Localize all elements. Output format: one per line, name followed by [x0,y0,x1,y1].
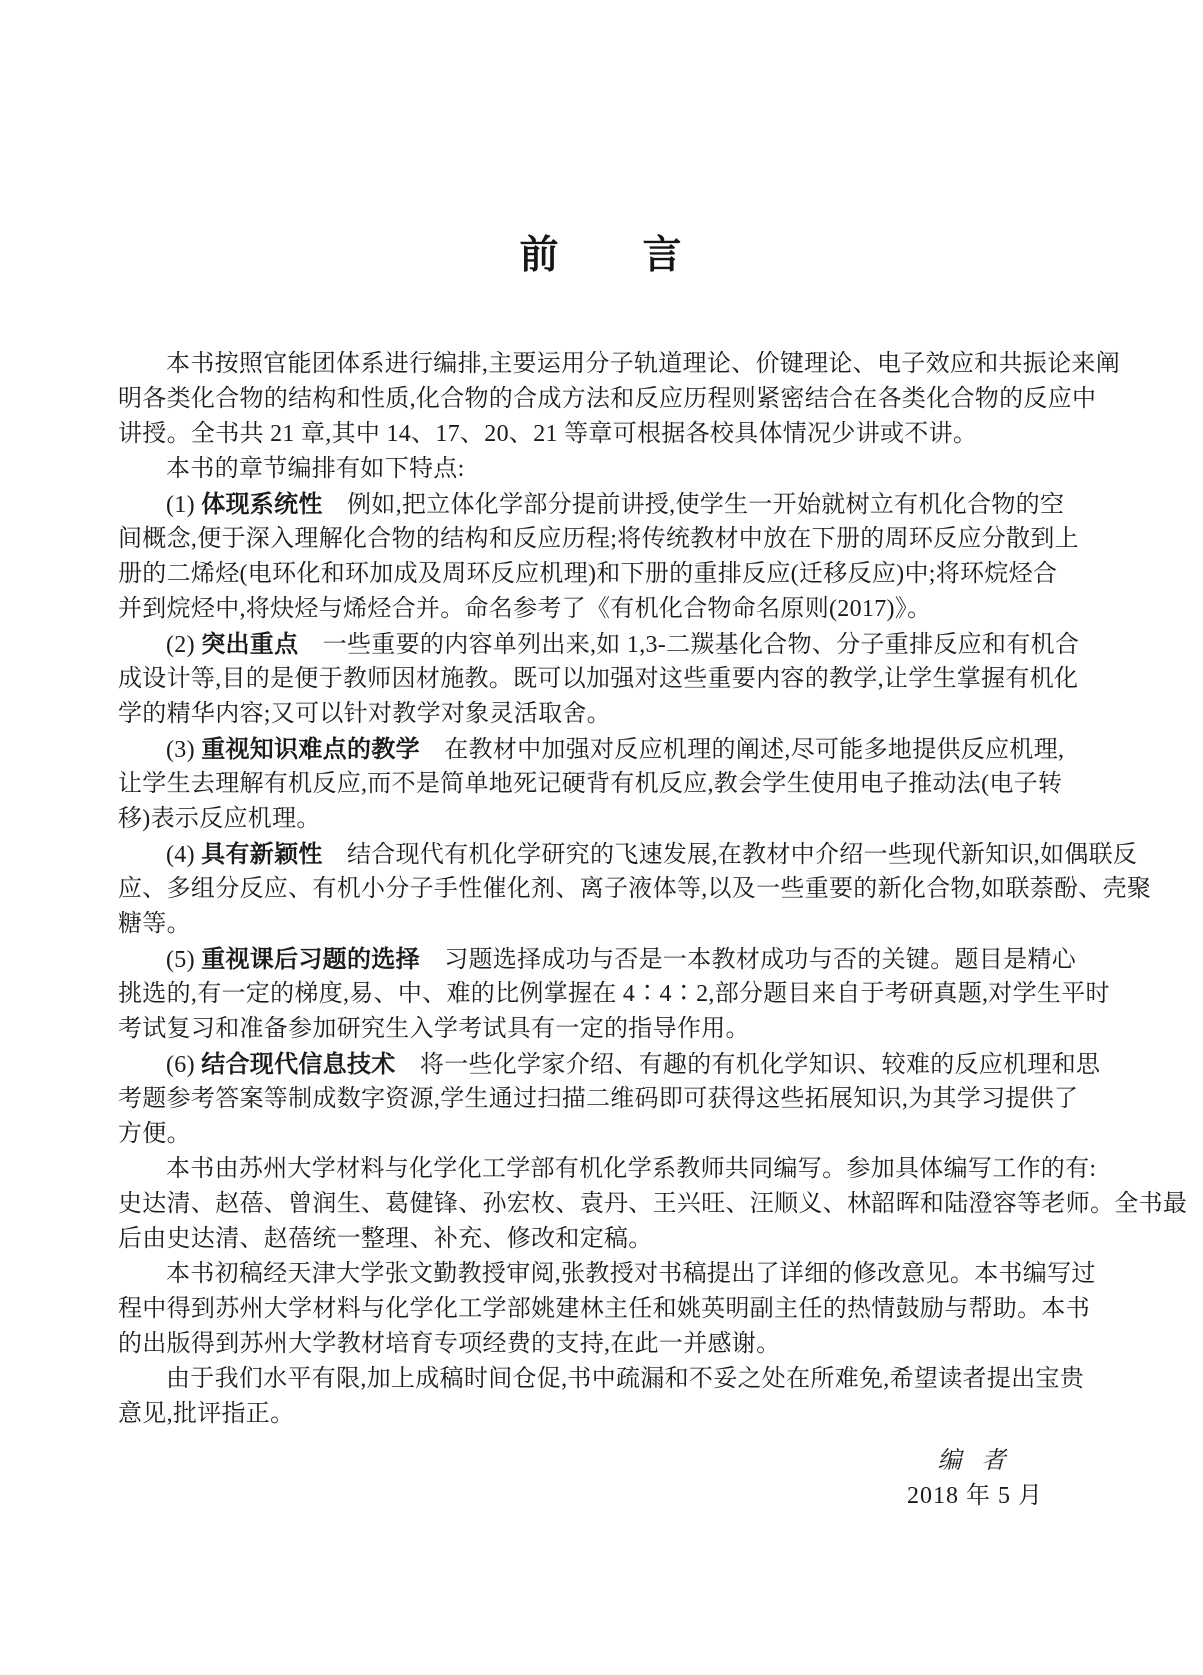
text-line: (6) 结合现代信息技术 将一些化学家介绍、有趣的有机化学知识、较难的反应机理和… [118,1047,1092,1082]
text-line: 的出版得到苏州大学教材培育专项经费的支持,在此一并感谢。 [118,1327,1092,1362]
text-run: 考题参考答案等制成数字资源,学生通过扫描二维码即可获得这些拓展知识,为其学习提供… [118,1086,1078,1112]
text-line: (4) 具有新颖性 结合现代有机化学研究的飞速发展,在教材中介绍一些现代新知识,… [118,837,1092,872]
text-run: (4) [166,842,201,868]
text-run: 糖等。 [118,911,191,937]
text-line: (5) 重视课后习题的选择 习题选择成功与否是一本教材成功与否的关键。题目是精心 [118,942,1092,977]
text-run: 的出版得到苏州大学教材培育专项经费的支持,在此一并感谢。 [118,1331,780,1357]
text-line: 应、多组分反应、有机小分子手性催化剂、离子液体等,以及一些重要的新化合物,如联萘… [118,872,1092,907]
text-run: (2) [166,632,201,658]
text-line: 册的二烯烃(电环化和环加成及周环反应机理)和下册的重排反应(迁移反应)中;将环烷… [118,557,1092,592]
text-run: 应、多组分反应、有机小分子手性催化剂、离子液体等,以及一些重要的新化合物,如联萘… [118,876,1151,902]
text-run: 册的二烯烃(电环化和环加成及周环反应机理)和下册的重排反应(迁移反应)中;将环烷… [118,561,1057,587]
text-line: 史达清、赵蓓、曾润生、葛健锋、孙宏枚、袁丹、王兴旺、汪顺义、林韶晖和陆澄容等老师… [118,1187,1092,1222]
text-line: 本书按照官能团体系进行编排,主要运用分子轨道理论、价键理论、电子效应和共振论来阐 [118,347,1092,382]
section-heading: 结合现代信息技术 [201,1051,395,1078]
section-heading: 重视课后习题的选择 [201,946,420,973]
text-line: 间概念,便于深入理解化合物的结构和反应历程;将传统教材中放在下册的周环反应分散到… [118,522,1092,557]
text-run: 本书的章节编排有如下特点: [166,456,465,482]
text-line: 程中得到苏州大学材料与化学化工学部姚建林主任和姚英明副主任的热情鼓励与帮助。本书 [118,1292,1092,1327]
page-title: 前 言 [0,0,1203,275]
text-line: 挑选的,有一定的梯度,易、中、难的比例掌握在 4∶4∶2,部分题目来自于考研真题… [118,977,1092,1012]
text-run: 间概念,便于深入理解化合物的结构和反应历程;将传统教材中放在下册的周环反应分散到… [118,526,1079,552]
text-run: 成设计等,目的是便于教师因材施教。既可以加强对这些重要内容的教学,让学生掌握有机… [118,666,1078,692]
text-run: 由于我们水平有限,加上成稿时间仓促,书中疏漏和不妥之处在所难免,希望读者提出宝贵 [166,1366,1084,1392]
text-line: 并到烷烃中,将炔烃与烯烃合并。命名参考了《有机化合物命名原则(2017)》。 [118,592,1092,627]
text-line: 考试复习和准备参加研究生入学考试具有一定的指导作用。 [118,1012,1092,1047]
text-line: 明各类化合物的结构和性质,化合物的合成方法和反应历程则紧密结合在各类化合物的反应… [118,382,1092,417]
text-run: 本书按照官能团体系进行编排,主要运用分子轨道理论、价键理论、电子效应和共振论来阐 [166,351,1120,377]
text-line: 由于我们水平有限,加上成稿时间仓促,书中疏漏和不妥之处在所难免,希望读者提出宝贵 [118,1362,1092,1397]
text-line: 考题参考答案等制成数字资源,学生通过扫描二维码即可获得这些拓展知识,为其学习提供… [118,1082,1092,1117]
text-line: 本书初稿经天津大学张文勤教授审阅,张教授对书稿提出了详细的修改意见。本书编写过 [118,1257,1092,1292]
preface-body: 本书按照官能团体系进行编排,主要运用分子轨道理论、价键理论、电子效应和共振论来阐… [118,347,1092,1432]
text-run: (5) [166,947,201,973]
section-heading: 重视知识难点的教学 [201,736,420,763]
text-run: 挑选的,有一定的梯度,易、中、难的比例掌握在 4∶4∶2,部分题目来自于考研真题… [118,981,1110,1007]
text-line: (3) 重视知识难点的教学 在教材中加强对反应机理的阐述,尽可能多地提供反应机理… [118,732,1092,767]
text-run: (3) [166,737,201,763]
text-line: 方便。 [118,1117,1092,1152]
text-run: 讲授。全书共 21 章,其中 14、17、20、21 等章可根据各校具体情况少讲… [118,421,977,447]
text-line: 本书的章节编排有如下特点: [118,452,1092,487]
text-line: 糖等。 [118,907,1092,942]
text-run: 意见,批评指正。 [118,1401,294,1427]
text-run: 本书由苏州大学材料与化学化工学部有机化学系教师共同编写。参加具体编写工作的有: [166,1156,1096,1182]
text-run: 在教材中加强对反应机理的阐述,尽可能多地提供反应机理, [420,737,1064,763]
text-run: (1) [166,492,201,518]
text-line: (1) 体现系统性 例如,把立体化学部分提前讲授,使学生一开始就树立有机化合物的… [118,487,1092,522]
section-heading: 突出重点 [201,631,298,658]
text-run: 后由史达清、赵蓓统一整理、补充、修改和定稿。 [118,1226,653,1252]
text-line: 本书由苏州大学材料与化学化工学部有机化学系教师共同编写。参加具体编写工作的有: [118,1152,1092,1187]
text-line: 意见,批评指正。 [118,1397,1092,1432]
text-run: 习题选择成功与否是一本教材成功与否的关键。题目是精心 [420,947,1076,973]
text-run: 史达清、赵蓓、曾润生、葛健锋、孙宏枚、袁丹、王兴旺、汪顺义、林韶晖和陆澄容等老师… [118,1191,1187,1217]
text-line: 移)表示反应机理。 [118,802,1092,837]
text-line: 学的精华内容;又可以针对教学对象灵活取舍。 [118,697,1092,732]
text-run: 移)表示反应机理。 [118,806,321,832]
text-run: 考试复习和准备参加研究生入学考试具有一定的指导作用。 [118,1016,750,1042]
preface-page: 前 言 本书按照官能团体系进行编排,主要运用分子轨道理论、价键理论、电子效应和共… [0,0,1203,1675]
text-run: 学的精华内容;又可以针对教学对象灵活取舍。 [118,701,611,727]
text-run: 并到烷烃中,将炔烃与烯烃合并。命名参考了《有机化合物命名原则(2017)》。 [118,596,931,622]
text-line: 成设计等,目的是便于教师因材施教。既可以加强对这些重要内容的教学,让学生掌握有机… [118,662,1092,697]
section-heading: 具有新颖性 [201,841,323,868]
signature-block: 编 者 2018 年 5 月 [862,1444,1088,1514]
text-run: 一些重要的内容单列出来,如 1,3-二羰基化合物、分子重排反应和有机合 [298,632,1079,658]
text-run: 例如,把立体化学部分提前讲授,使学生一开始就树立有机化合物的空 [323,492,1065,518]
text-line: (2) 突出重点 一些重要的内容单列出来,如 1,3-二羰基化合物、分子重排反应… [118,627,1092,662]
text-run: 方便。 [118,1121,191,1147]
text-run: 明各类化合物的结构和性质,化合物的合成方法和反应历程则紧密结合在各类化合物的反应… [118,386,1096,412]
text-run: 结合现代有机化学研究的飞速发展,在教材中介绍一些现代新知识,如偶联反 [323,842,1138,868]
text-run: 让学生去理解有机反应,而不是简单地死记硬背有机反应,教会学生使用电子推动法(电子… [118,771,1062,797]
section-heading: 体现系统性 [201,491,323,518]
text-line: 让学生去理解有机反应,而不是简单地死记硬背有机反应,教会学生使用电子推动法(电子… [118,767,1092,802]
text-line: 讲授。全书共 21 章,其中 14、17、20、21 等章可根据各校具体情况少讲… [118,417,1092,452]
text-run: (6) [166,1052,201,1078]
signature-date: 2018 年 5 月 [862,1479,1088,1514]
text-run: 将一些化学家介绍、有趣的有机化学知识、较难的反应机理和思 [396,1052,1101,1078]
signature-author: 编 者 [862,1444,1088,1479]
text-run: 本书初稿经天津大学张文勤教授审阅,张教授对书稿提出了详细的修改意见。本书编写过 [166,1261,1096,1287]
text-run: 程中得到苏州大学材料与化学化工学部姚建林主任和姚英明副主任的热情鼓励与帮助。本书 [118,1296,1090,1322]
text-line: 后由史达清、赵蓓统一整理、补充、修改和定稿。 [118,1222,1092,1257]
